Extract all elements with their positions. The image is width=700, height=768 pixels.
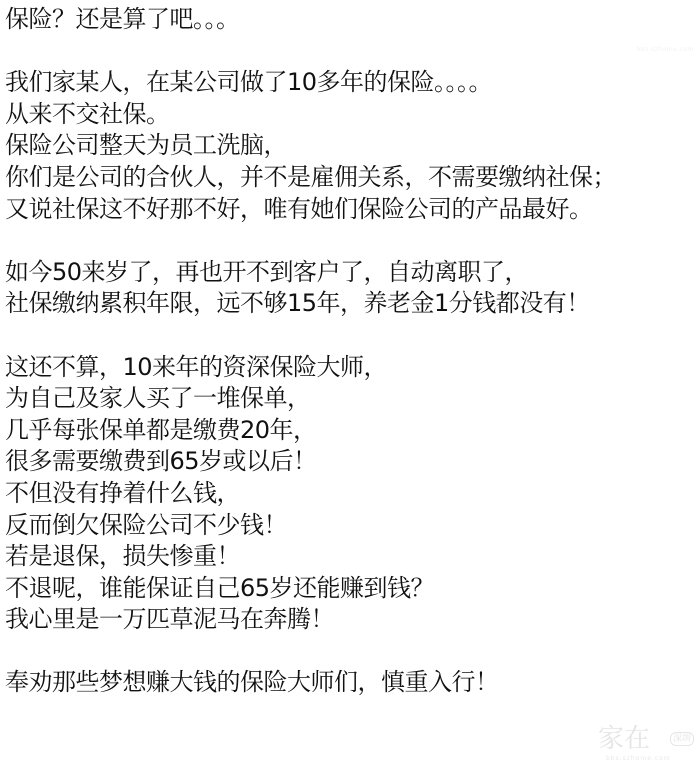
- text-line: 又说社保这不好那不好，唯有她们保险公司的产品最好。: [5, 194, 700, 226]
- text-line: 很多需要缴费到65岁或以后！: [5, 446, 700, 478]
- text-line: 不但没有挣着什么钱，: [5, 478, 700, 510]
- text-line: 不退呢，谁能保证自己65岁还能赚到钱？: [5, 573, 700, 605]
- blank-line: [5, 636, 700, 668]
- blank-line: [5, 225, 700, 257]
- paragraph-4: 奉劝那些梦想赚大钱的保险大师们，慎重入行！: [5, 667, 700, 699]
- text-line: 我们家某人，在某公司做了10多年的保险。。。。: [5, 67, 700, 99]
- forum-post-body: 保险？还是算了吧。。。 我们家某人，在某公司做了10多年的保险。。。。 从来不交…: [5, 4, 700, 699]
- text-line: 如今50来岁了，再也开不到客户了，自动离职了，: [5, 257, 700, 289]
- text-line: 几乎每张保单都是缴费20年，: [5, 415, 700, 447]
- text-line: 为自己及家人买了一堆保单，: [5, 383, 700, 415]
- text-line: 奉劝那些梦想赚大钱的保险大师们，慎重入行！: [5, 667, 700, 699]
- paragraph-1: 我们家某人，在某公司做了10多年的保险。。。。 从来不交社保。 保险公司整天为员…: [5, 67, 700, 225]
- post-title: 保险？还是算了吧。。。: [5, 4, 700, 36]
- text-line: 若是退保，损失惨重！: [5, 541, 700, 573]
- blank-line: [5, 320, 700, 352]
- watermark-city-badge: 深圳: [670, 732, 694, 746]
- watermark-url: bbs.szhome.com: [606, 755, 671, 762]
- text-line: 社保缴纳累积年限，远不够15年，养老金1分钱都没有！: [5, 288, 700, 320]
- watermark-top-faint: bbs.szhome.com: [636, 46, 694, 53]
- site-watermark: 家在 深圳 bbs.szhome.com: [566, 723, 696, 765]
- text-line: 反而倒欠保险公司不少钱！: [5, 510, 700, 542]
- text-line: 你们是公司的合伙人，并不是雇佣关系，不需要缴纳社保；: [5, 162, 700, 194]
- text-line: 这还不算，10来年的资深保险大师，: [5, 352, 700, 384]
- blank-line: [5, 36, 700, 68]
- paragraph-3: 这还不算，10来年的资深保险大师， 为自己及家人买了一堆保单， 几乎每张保单都是…: [5, 352, 700, 636]
- text-line: 我心里是一万匹草泥马在奔腾！: [5, 604, 700, 636]
- watermark-logo-text: 家在: [598, 725, 650, 753]
- text-line: 从来不交社保。: [5, 99, 700, 131]
- paragraph-2: 如今50来岁了，再也开不到客户了，自动离职了， 社保缴纳累积年限，远不够15年，…: [5, 257, 700, 320]
- text-line: 保险公司整天为员工洗脑，: [5, 130, 700, 162]
